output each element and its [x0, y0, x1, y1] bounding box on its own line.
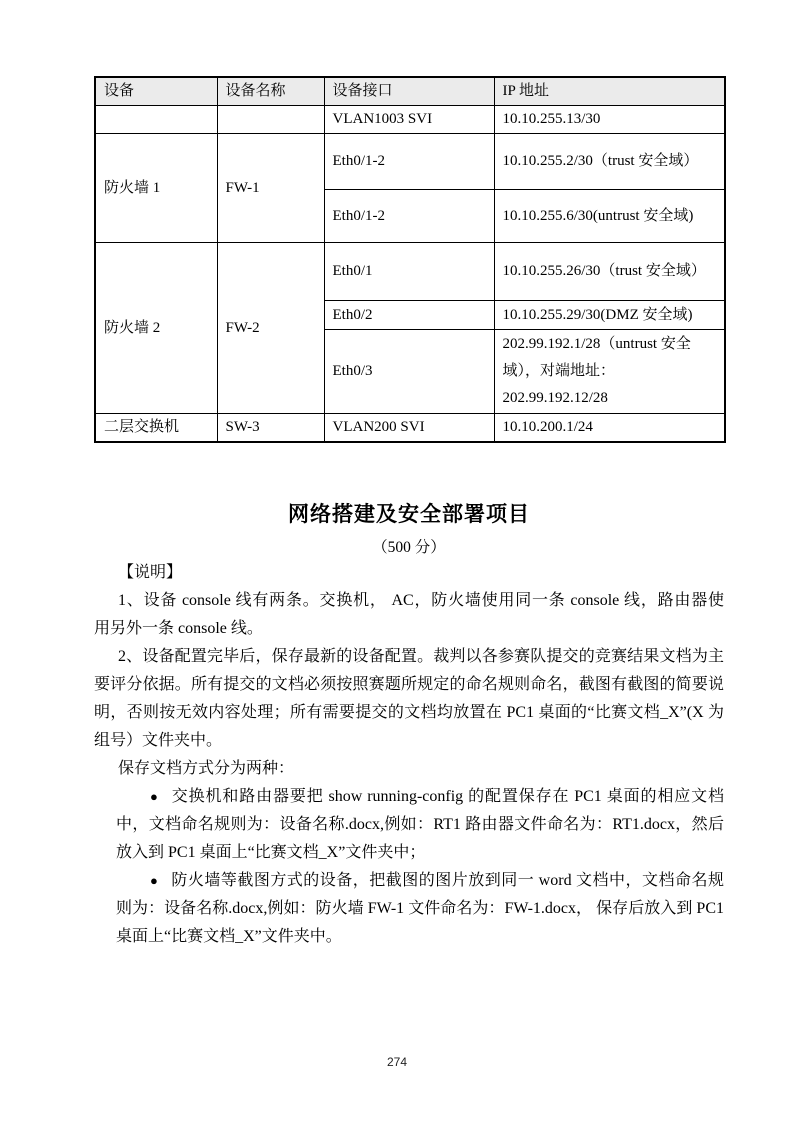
- body-line: 桌面上“比赛文档_X”文件夹中。: [116, 923, 724, 951]
- table-row: 防火墙 2 FW-2 Eth0/1 10.10.255.26/30（trust …: [95, 243, 725, 301]
- cell-ip: 10.10.255.26/30（trust 安全域）: [494, 243, 725, 301]
- cell-ip: 10.10.255.13/30: [494, 106, 725, 134]
- device-table-container: 设备 设备名称 设备接口 IP 地址 VLAN1003 SVI 10.10.25…: [94, 76, 724, 443]
- instructions-block: 网络搭建及安全部署项目 （500 分） 【说明】 1、设备 console 线有…: [94, 500, 724, 951]
- cell-device-name: FW-2: [217, 243, 324, 414]
- cell-device-name: [217, 106, 324, 134]
- section-label: 【说明】: [94, 559, 724, 587]
- bullet-item-line: ●交换机和路由器要把 show running-config 的配置保存在 PC…: [116, 783, 724, 811]
- col-header-device: 设备: [95, 77, 217, 106]
- body-line: 1、设备 console 线有两条。交换机， AC，防火墙使用同一条 conso…: [94, 587, 724, 615]
- body-line: 明，否则按无效内容处理；所有需要提交的文档均放置在 PC1 桌面的“比赛文档_X…: [94, 699, 724, 727]
- cell-ip: 10.10.255.29/30(DMZ 安全域): [494, 301, 725, 330]
- bullet-text: 防火墙等截图方式的设备，把截图的图片放到同一 word 文档中，文档命名规: [171, 872, 724, 889]
- cell-device: 防火墙 2: [95, 243, 217, 414]
- body-line: 2、设备配置完毕后，保存最新的设备配置。裁判以各参赛队提交的竞赛结果文档为主: [94, 643, 724, 671]
- cell-interface: Eth0/1-2: [324, 190, 494, 243]
- score-subtitle: （500 分）: [94, 537, 724, 558]
- col-header-ip: IP 地址: [494, 77, 725, 106]
- table-row: 二层交换机 SW-3 VLAN200 SVI 10.10.200.1/24: [95, 414, 725, 443]
- cell-ip: 202.99.192.1/28（untrust 安全域），对端地址：202.99…: [494, 330, 725, 414]
- cell-device: 防火墙 1: [95, 134, 217, 243]
- cell-device: [95, 106, 217, 134]
- document-title: 网络搭建及安全部署项目: [94, 502, 724, 528]
- table-row: 防火墙 1 FW-1 Eth0/1-2 10.10.255.2/30（trust…: [95, 134, 725, 190]
- bullet-icon: ●: [150, 789, 159, 804]
- table-header-row: 设备 设备名称 设备接口 IP 地址: [95, 77, 725, 106]
- bullet-item-line: ●防火墙等截图方式的设备，把截图的图片放到同一 word 文档中，文档命名规: [116, 867, 724, 895]
- cell-device: 二层交换机: [95, 414, 217, 443]
- col-header-device-name: 设备名称: [217, 77, 324, 106]
- body-line: 保存文档方式分为两种：: [94, 755, 724, 783]
- cell-interface: Eth0/3: [324, 330, 494, 414]
- body-line: 要评分依据。所有提交的文档必须按照赛题所规定的命名规则命名，截图有截图的简要说: [94, 671, 724, 699]
- cell-device-name: SW-3: [217, 414, 324, 443]
- cell-interface: Eth0/2: [324, 301, 494, 330]
- cell-interface: Eth0/1-2: [324, 134, 494, 190]
- body-line: 放入到 PC1 桌面上“比赛文档_X”文件夹中；: [116, 839, 724, 867]
- cell-ip: 10.10.200.1/24: [494, 414, 725, 443]
- table-row: VLAN1003 SVI 10.10.255.13/30: [95, 106, 725, 134]
- document-page: 设备 设备名称 设备接口 IP 地址 VLAN1003 SVI 10.10.25…: [0, 0, 794, 1123]
- cell-ip: 10.10.255.6/30(untrust 安全域): [494, 190, 725, 243]
- body-line: 则为：设备名称.docx,例如：防火墙 FW-1 文件命名为：FW-1.docx…: [116, 895, 724, 923]
- cell-ip: 10.10.255.2/30（trust 安全域）: [494, 134, 725, 190]
- cell-interface: VLAN200 SVI: [324, 414, 494, 443]
- cell-device-name: FW-1: [217, 134, 324, 243]
- body-line: 用另外一条 console 线。: [94, 615, 724, 643]
- page-number: 274: [0, 1054, 794, 1070]
- bullet-text: 交换机和路由器要把 show running-config 的配置保存在 PC1…: [172, 788, 724, 805]
- cell-interface: VLAN1003 SVI: [324, 106, 494, 134]
- body-line: 中，文档命名规则为：设备名称.docx,例如：RT1 路由器文件命名为：RT1.…: [116, 811, 724, 839]
- body-line: 组号）文件夹中。: [94, 727, 724, 755]
- cell-interface: Eth0/1: [324, 243, 494, 301]
- bullet-icon: ●: [150, 873, 158, 888]
- device-ip-table: 设备 设备名称 设备接口 IP 地址 VLAN1003 SVI 10.10.25…: [94, 76, 726, 443]
- col-header-interface: 设备接口: [324, 77, 494, 106]
